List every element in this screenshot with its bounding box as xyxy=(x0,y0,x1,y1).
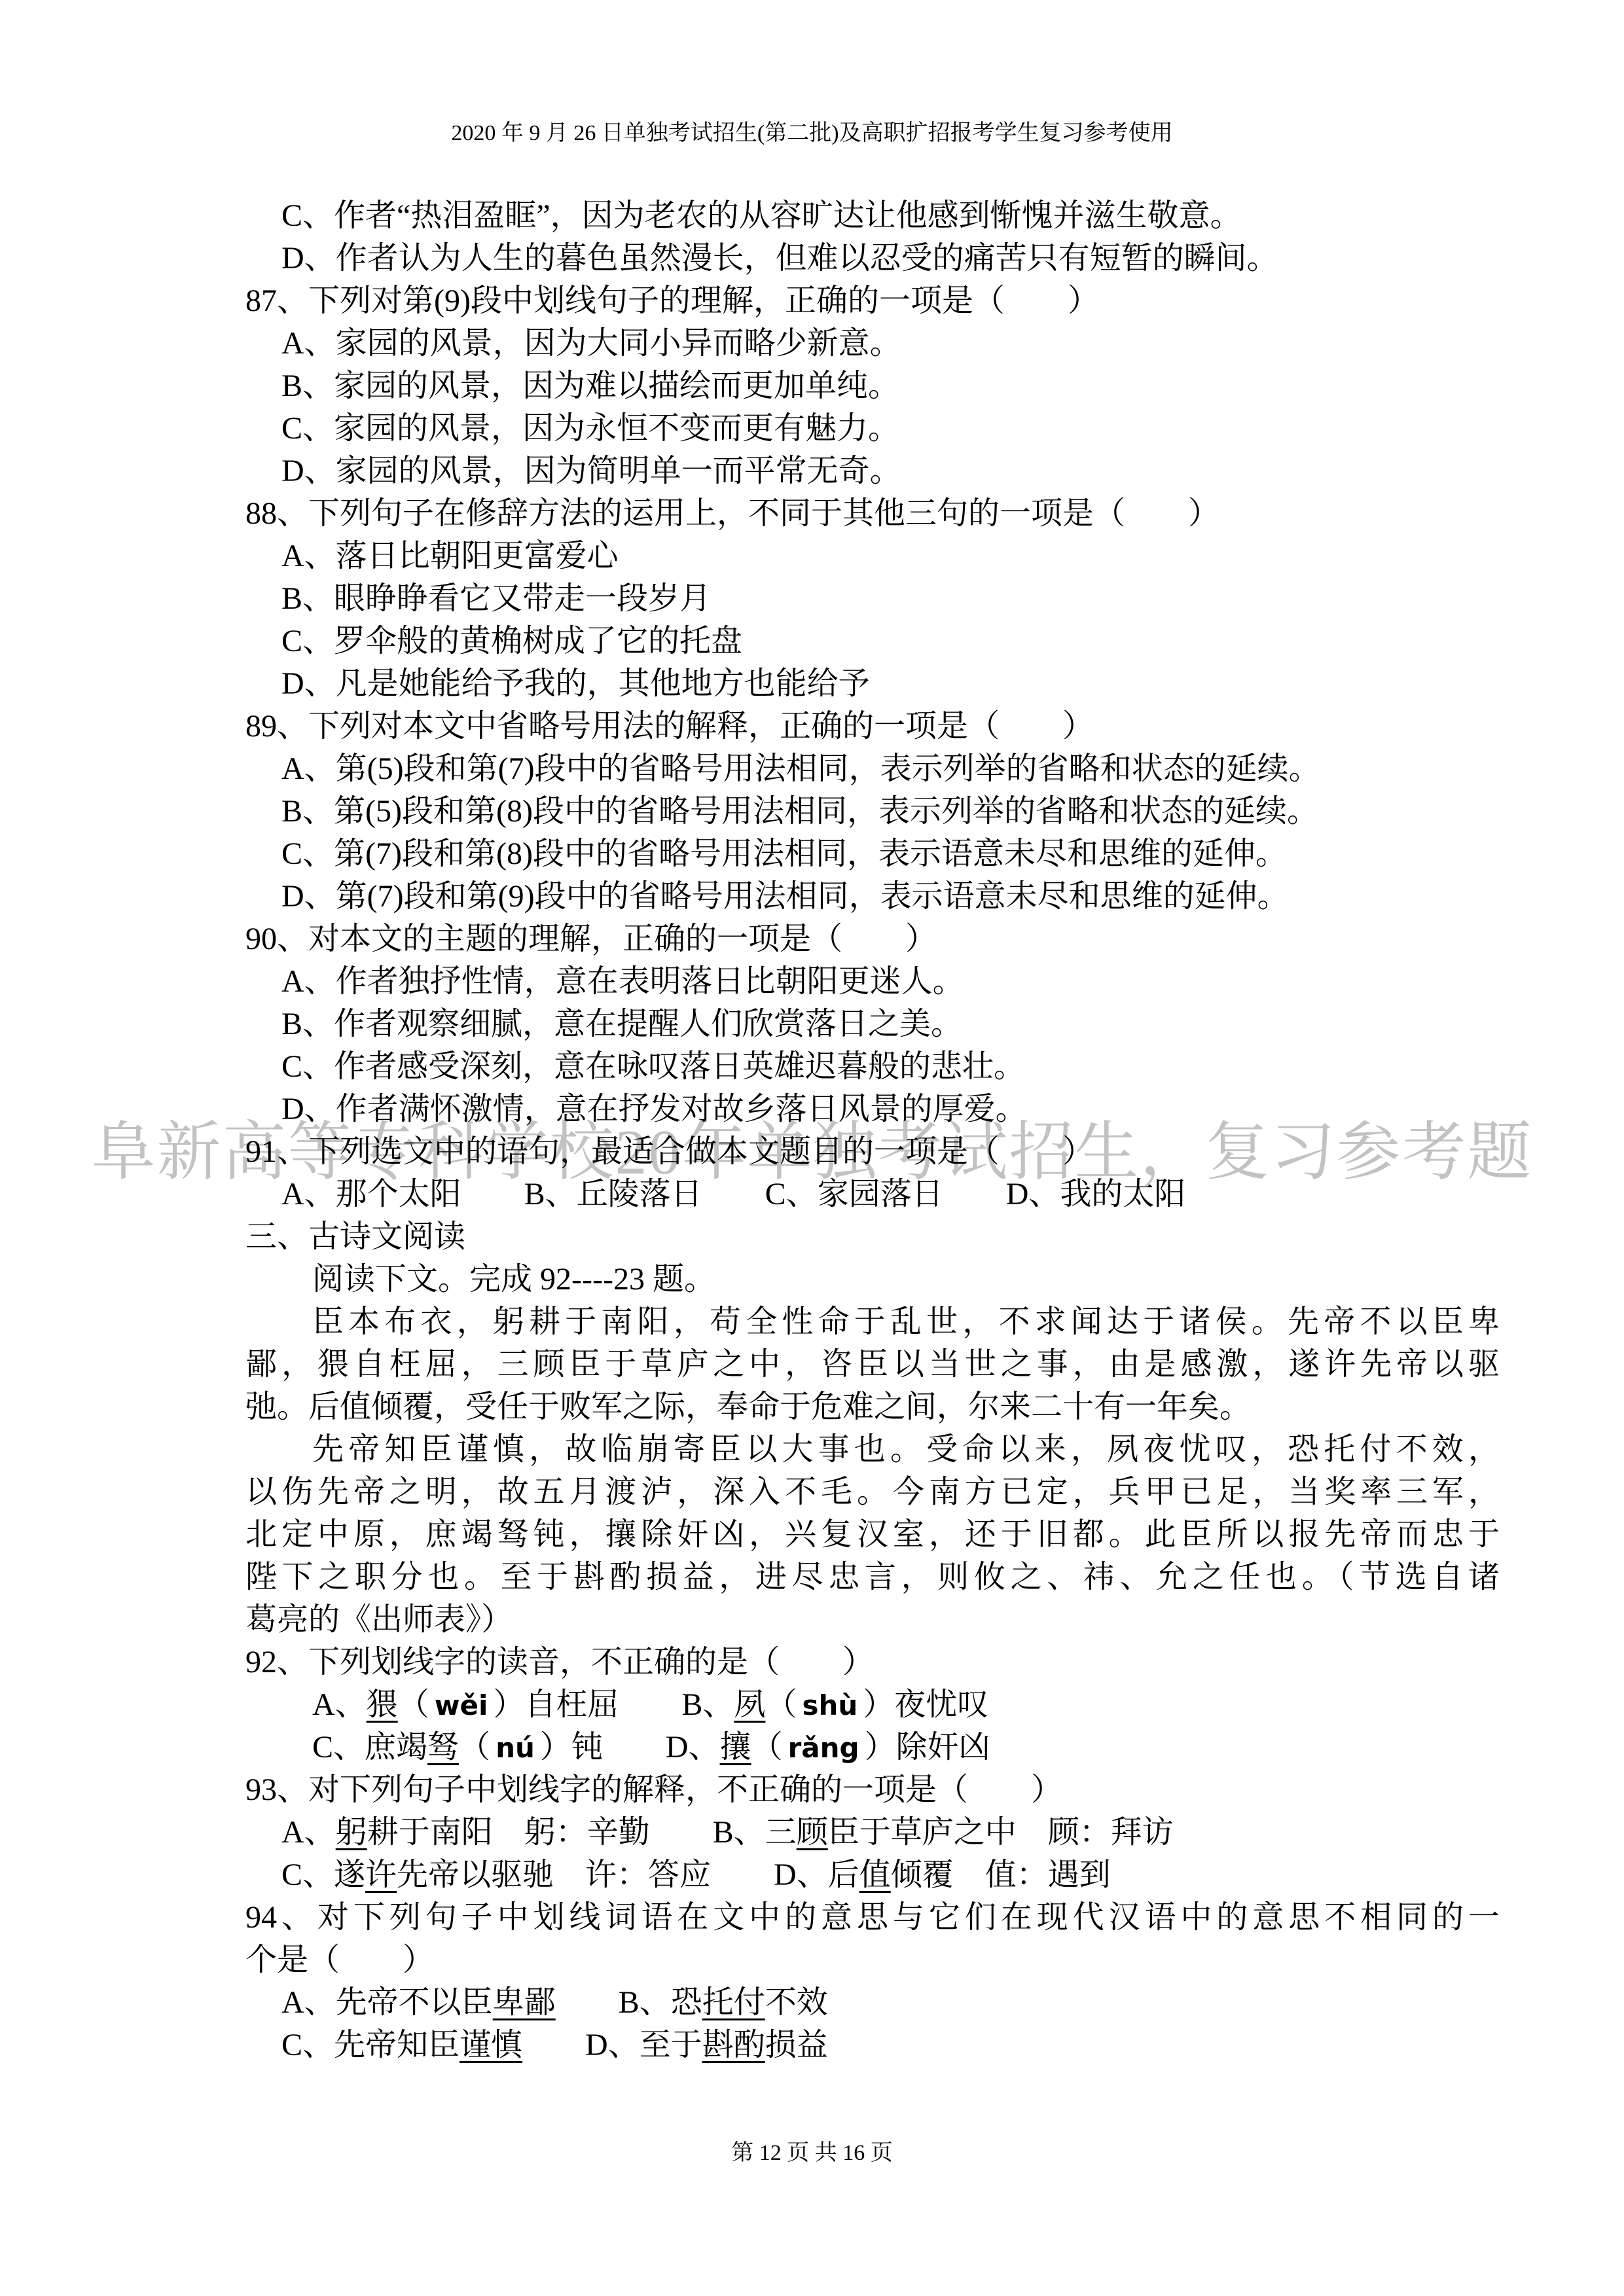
underlined-text: 值 xyxy=(859,1857,891,1892)
text-run: 倾覆 值：遇到 xyxy=(891,1857,1111,1892)
text-run: 91、下列选文中的语句，最适合做本文题目的一项是（ ） xyxy=(245,1134,1094,1169)
text-run: D、家园的风景，因为简明单一而平常无奇。 xyxy=(281,454,901,488)
text-run: A、作者独抒性情，意在表明落日比朝阳更迷人。 xyxy=(281,964,964,999)
text-run: 先帝知臣谨慎，故临崩寄臣以大事也。受命以来，夙夜忧叹，恐托付不效， xyxy=(312,1432,1500,1467)
text-run: 阅读下文。完成 92----23 题。 xyxy=(312,1262,715,1297)
text-line: B、作者观察细腻，意在提醒人们欣赏落日之美。 xyxy=(245,1003,1500,1045)
text-line: B、第(5)段和第(8)段中的省略号用法相同，表示列举的省略和状态的延续。 xyxy=(245,790,1500,833)
text-run: （ xyxy=(459,1730,490,1765)
text-run: 88、下列句子在修辞方法的运用上，不同于其他三句的一项是（ ） xyxy=(245,496,1219,531)
page-number: 第 12 页 共 16 页 xyxy=(0,2140,1624,2166)
document-page: 2020 年 9 月 26 日单独考试招生(第二批)及高职扩招报考学生复习参考使… xyxy=(0,0,1624,2296)
text-run: 耕于南阳 躬：辛勤 B、三 xyxy=(367,1815,797,1850)
text-run: 89、下列对本文中省略号用法的解释，正确的一项是（ ） xyxy=(245,709,1094,744)
text-line: 阅读下文。完成 92----23 题。 xyxy=(245,1258,1500,1300)
text-line: A、那个太阳 B、丘陵落日 C、家园落日 D、我的太阳 xyxy=(245,1173,1500,1215)
text-run: C、第(7)段和第(8)段中的省略号用法相同，表示语意未尽和思维的延伸。 xyxy=(281,836,1287,871)
text-run: （ xyxy=(765,1687,797,1722)
text-run: C、庶竭 xyxy=(312,1730,427,1765)
text-run: 臣本布衣，躬耕于南阳，苟全性命于乱世，不求闻达于诸侯。先帝不以臣卑 xyxy=(312,1304,1500,1339)
text-run: 损益 xyxy=(765,2028,828,2062)
text-line: B、家园的风景，因为难以描绘而更加单纯。 xyxy=(245,365,1500,407)
text-line: 陛下之职分也。至于斟酌损益，进尽忠言，则攸之、祎、允之任也。（节选自诸 xyxy=(245,1556,1500,1598)
text-run: D、作者认为人生的暮色虽然漫长，但难以忍受的痛苦只有短暂的瞬间。 xyxy=(281,241,1278,276)
text-run: A、第(5)段和第(7)段中的省略号用法相同，表示列举的省略和状态的延续。 xyxy=(281,751,1320,786)
text-line: 87、下列对第(9)段中划线句子的理解，正确的一项是（ ） xyxy=(245,279,1500,322)
text-run: A、家园的风景，因为大同小异而略少新意。 xyxy=(281,326,901,361)
pinyin-text: nú xyxy=(496,1732,535,1764)
text-run: B、眼睁睁看它又带走一段岁月 xyxy=(281,581,711,616)
text-run: D、第(7)段和第(9)段中的省略号用法相同，表示语意未尽和思维的延伸。 xyxy=(281,879,1289,914)
text-line: A、作者独抒性情，意在表明落日比朝阳更迷人。 xyxy=(245,960,1500,1003)
text-line: 个是（ ） xyxy=(245,1939,1500,1981)
text-line: C、庶竭驽（nú）钝 D、攘（rǎng）除奸凶 xyxy=(245,1726,1500,1768)
text-line: C、作者感受深刻，意在咏叹落日英雄迟暮般的悲壮。 xyxy=(245,1045,1500,1088)
text-run: 鄙，猥自枉屈，三顾臣于草庐之中，咨臣以当世之事，由是感激，遂许先帝以驱 xyxy=(245,1347,1500,1382)
text-run: 92、下列划线字的读音，不正确的是（ ） xyxy=(245,1645,874,1679)
underlined-text: 许 xyxy=(365,1857,397,1892)
text-run: C、罗伞般的黄桷树成了它的托盘 xyxy=(281,624,742,658)
text-run: C、遂 xyxy=(281,1857,365,1892)
text-run: A、先帝不以臣 xyxy=(281,1985,493,2020)
text-line: D、家园的风景，因为简明单一而平常无奇。 xyxy=(245,450,1500,492)
text-run: A、落日比朝阳更富爱心 xyxy=(281,539,619,573)
text-run: ）自枉屈 B、 xyxy=(493,1687,734,1722)
text-line: C、作者“热泪盈眶”，因为老农的从容旷达让他感到惭愧并滋生敬意。 xyxy=(245,194,1500,237)
text-run: 弛。后值倾覆，受任于败军之际，奉命于危难之间，尔来二十有一年矣。 xyxy=(245,1390,1251,1424)
text-line: A、家园的风景，因为大同小异而略少新意。 xyxy=(245,322,1500,365)
text-run: 陛下之职分也。至于斟酌损益，进尽忠言，则攸之、祎、允之任也。（节选自诸 xyxy=(245,1560,1500,1594)
text-run: 三、古诗文阅读 xyxy=(245,1219,465,1254)
text-line: A、落日比朝阳更富爱心 xyxy=(245,535,1500,577)
text-run: 90、对本文的主题的理解，正确的一项是（ ） xyxy=(245,922,937,956)
text-line: C、先帝知臣谨慎 D、至于斟酌损益 xyxy=(245,2024,1500,2066)
text-run: ）除奸凶 xyxy=(865,1730,990,1765)
text-run: 不效 xyxy=(765,1985,828,2020)
pinyin-text: rǎng xyxy=(788,1732,859,1764)
text-run: （ xyxy=(398,1687,429,1722)
underlined-text: 驽 xyxy=(427,1730,459,1765)
underlined-text: 谨慎 xyxy=(460,2028,522,2062)
text-line: D、作者认为人生的暮色虽然漫长，但难以忍受的痛苦只有短暂的瞬间。 xyxy=(245,237,1500,279)
text-run: 以伤先帝之明，故五月渡泸，深入不毛。今南方已定，兵甲已足，当奖率三军， xyxy=(245,1475,1500,1509)
pinyin-text: wěi xyxy=(435,1689,488,1721)
text-run: C、作者感受深刻，意在咏叹落日英雄迟暮般的悲壮。 xyxy=(281,1049,1025,1084)
text-run: 94、对下列句子中划线词语在文中的意思与它们在现代汉语中的意思不相同的一 xyxy=(245,1900,1500,1935)
text-run: 葛亮的《出师表》） xyxy=(245,1602,513,1637)
text-run: 个是（ ） xyxy=(245,1943,434,1977)
text-run: ）钝 D、 xyxy=(540,1730,720,1765)
text-run: D、至于 xyxy=(522,2028,702,2062)
text-line: 94、对下列句子中划线词语在文中的意思与它们在现代汉语中的意思不相同的一 xyxy=(245,1896,1500,1939)
underlined-text: 斟酌 xyxy=(702,2028,765,2062)
text-line: 91、下列选文中的语句，最适合做本文题目的一项是（ ） xyxy=(245,1130,1500,1173)
text-run: C、先帝知臣 xyxy=(281,2028,460,2062)
text-run: A、那个太阳 B、丘陵落日 C、家园落日 D、我的太阳 xyxy=(281,1177,1185,1211)
text-line: 89、下列对本文中省略号用法的解释，正确的一项是（ ） xyxy=(245,705,1500,747)
text-run: B、作者观察细腻，意在提醒人们欣赏落日之美。 xyxy=(281,1007,962,1041)
text-line: 以伤先帝之明，故五月渡泸，深入不毛。今南方已定，兵甲已足，当奖率三军， xyxy=(245,1471,1500,1513)
text-line: C、遂许先帝以驱驰 许：答应 D、后值倾覆 值：遇到 xyxy=(245,1854,1500,1896)
text-line: D、作者满怀激情，意在抒发对故乡落日风景的厚爱。 xyxy=(245,1088,1500,1130)
text-line: A、躬耕于南阳 躬：辛勤 B、三顾臣于草庐之中 顾：拜访 xyxy=(245,1811,1500,1854)
text-line: C、罗伞般的黄桷树成了它的托盘 xyxy=(245,620,1500,662)
underlined-text: 卑鄙 xyxy=(493,1985,556,2020)
text-line: D、凡是她能给予我的，其他地方也能给予 xyxy=(245,662,1500,705)
underlined-text: 躬 xyxy=(336,1815,367,1850)
text-run: 臣于草庐之中 顾：拜访 xyxy=(828,1815,1174,1850)
text-run: ）夜忧叹 xyxy=(863,1687,988,1722)
text-run: C、家园的风景，因为永恒不变而更有魅力。 xyxy=(281,411,899,446)
underlined-text: 夙 xyxy=(734,1687,765,1722)
text-run: 北定中原，庶竭驽钝，攘除奸凶，兴复汉室，还于旧都。此臣所以报先帝而忠于 xyxy=(245,1517,1500,1552)
text-line: 90、对本文的主题的理解，正确的一项是（ ） xyxy=(245,918,1500,960)
page-header: 2020 年 9 月 26 日单独考试招生(第二批)及高职扩招报考学生复习参考使… xyxy=(0,120,1624,147)
text-line: C、家园的风景，因为永恒不变而更有魅力。 xyxy=(245,407,1500,450)
text-line: 葛亮的《出师表》） xyxy=(245,1598,1500,1641)
text-line: 弛。后值倾覆，受任于败军之际，奉命于危难之间，尔来二十有一年矣。 xyxy=(245,1386,1500,1428)
text-run: （ xyxy=(751,1730,783,1765)
text-line: A、先帝不以臣卑鄙 B、恐托付不效 xyxy=(245,1981,1500,2024)
text-run: B、第(5)段和第(8)段中的省略号用法相同，表示列举的省略和状态的延续。 xyxy=(281,794,1318,829)
underlined-text: 托付 xyxy=(702,1985,765,2020)
text-line: D、第(7)段和第(9)段中的省略号用法相同，表示语意未尽和思维的延伸。 xyxy=(245,875,1500,918)
text-run: D、作者满怀激情，意在抒发对故乡落日风景的厚爱。 xyxy=(281,1092,1027,1126)
text-run: C、作者“热泪盈眶”，因为老农的从容旷达让他感到惭愧并滋生敬意。 xyxy=(281,198,1242,233)
text-line: 先帝知臣谨慎，故临崩寄臣以大事也。受命以来，夙夜忧叹，恐托付不效， xyxy=(245,1428,1500,1471)
text-run: 93、对下列句子中划线字的解释，不正确的一项是（ ） xyxy=(245,1772,1062,1807)
text-run: A、 xyxy=(312,1687,367,1722)
text-line: B、眼睁睁看它又带走一段岁月 xyxy=(245,577,1500,620)
text-line: A、猥（wěi）自枉屈 B、夙（shù）夜忧叹 xyxy=(245,1683,1500,1726)
text-run: 先帝以驱驰 许：答应 D、后 xyxy=(397,1857,859,1892)
content-lines: C、作者“热泪盈眶”，因为老农的从容旷达让他感到惭愧并滋生敬意。D、作者认为人生… xyxy=(245,194,1500,2066)
text-line: A、第(5)段和第(7)段中的省略号用法相同，表示列举的省略和状态的延续。 xyxy=(245,747,1500,790)
text-run: A、 xyxy=(281,1815,336,1850)
pinyin-text: shù xyxy=(802,1689,857,1721)
text-line: 88、下列句子在修辞方法的运用上，不同于其他三句的一项是（ ） xyxy=(245,492,1500,535)
text-run: B、家园的风景，因为难以描绘而更加单纯。 xyxy=(281,368,899,403)
text-line: 北定中原，庶竭驽钝，攘除奸凶，兴复汉室，还于旧都。此臣所以报先帝而忠于 xyxy=(245,1513,1500,1556)
underlined-text: 猥 xyxy=(367,1687,398,1722)
text-line: 93、对下列句子中划线字的解释，不正确的一项是（ ） xyxy=(245,1768,1500,1811)
text-line: 92、下列划线字的读音，不正确的是（ ） xyxy=(245,1641,1500,1683)
text-run: 87、下列对第(9)段中划线句子的理解，正确的一项是（ ） xyxy=(245,283,1099,318)
text-line: 三、古诗文阅读 xyxy=(245,1215,1500,1258)
text-run: D、凡是她能给予我的，其他地方也能给予 xyxy=(281,666,870,701)
underlined-text: 顾 xyxy=(797,1815,828,1850)
text-line: 鄙，猥自枉屈，三顾臣于草庐之中，咨臣以当世之事，由是感激，遂许先帝以驱 xyxy=(245,1343,1500,1386)
text-line: C、第(7)段和第(8)段中的省略号用法相同，表示语意未尽和思维的延伸。 xyxy=(245,833,1500,875)
underlined-text: 攘 xyxy=(720,1730,751,1765)
text-run: B、恐 xyxy=(556,1985,702,2020)
text-line: 臣本布衣，躬耕于南阳，苟全性命于乱世，不求闻达于诸侯。先帝不以臣卑 xyxy=(245,1300,1500,1343)
